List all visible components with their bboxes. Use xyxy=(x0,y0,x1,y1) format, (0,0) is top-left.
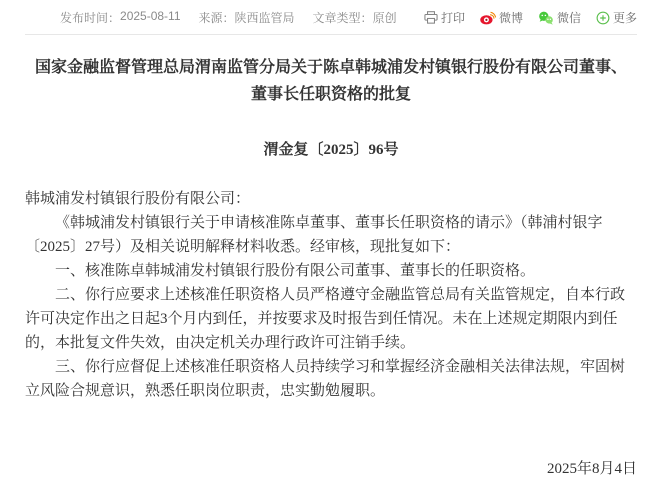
plus-circle-icon xyxy=(596,11,610,25)
paragraph: 一、核准陈卓韩城浦发村镇银行股份有限公司董事、董事长的任职资格。 xyxy=(25,259,637,283)
article-meta-info: 发布时间：2025-08-11 来源：陕西监管局 文章类型：原创 xyxy=(60,9,397,26)
article-type-value: 原创 xyxy=(373,9,397,26)
source-value: 陕西监管局 xyxy=(235,9,295,26)
publish-time-value: 2025-08-11 xyxy=(120,9,181,26)
document-body: 韩城浦发村镇银行股份有限公司： 《韩城浦发村镇银行关于申请核准陈卓董事、董事长任… xyxy=(25,187,637,403)
document-date: 2025年8月4日 xyxy=(25,457,637,478)
source-label: 来源： xyxy=(199,9,235,26)
print-label: 打印 xyxy=(441,9,465,26)
document-number: 渭金复〔2025〕96号 xyxy=(25,138,637,159)
article-type-label: 文章类型： xyxy=(313,9,373,26)
more-share-button[interactable]: 更多 xyxy=(596,9,637,26)
salutation: 韩城浦发村镇银行股份有限公司： xyxy=(25,187,637,211)
article-page: 发布时间：2025-08-11 来源：陕西监管局 文章类型：原创 打印 xyxy=(0,0,650,494)
weibo-share-button[interactable]: 微博 xyxy=(480,9,523,26)
publish-time-label: 发布时间： xyxy=(60,9,120,26)
print-button[interactable]: 打印 xyxy=(424,9,465,26)
printer-icon xyxy=(424,11,438,24)
more-label: 更多 xyxy=(613,9,637,26)
article-title: 国家金融监督管理总局渭南监管分局关于陈卓韩城浦发村镇银行股份有限公司董事、董事长… xyxy=(31,54,631,108)
article-type: 文章类型：原创 xyxy=(313,9,397,26)
weibo-icon xyxy=(480,11,496,25)
article-content: 国家金融监督管理总局渭南监管分局关于陈卓韩城浦发村镇银行股份有限公司董事、董事长… xyxy=(0,54,650,478)
paragraph: 二、你行应要求上述核准任职资格人员严格遵守金融监管总局有关监管规定，自本行政许可… xyxy=(25,283,637,355)
share-toolbar: 打印 微博 xyxy=(424,9,637,26)
paragraph: 《韩城浦发村镇银行关于申请核准陈卓董事、董事长任职资格的请示》（韩浦村银字〔20… xyxy=(25,211,637,259)
source: 来源：陕西监管局 xyxy=(199,9,295,26)
paragraph: 三、你行应督促上述核准任职资格人员持续学习和掌握经济金融相关法律法规，牢固树立风… xyxy=(25,355,637,403)
weibo-label: 微博 xyxy=(499,9,523,26)
wechat-label: 微信 xyxy=(557,9,581,26)
wechat-icon xyxy=(538,11,554,25)
publish-time: 发布时间：2025-08-11 xyxy=(60,9,181,26)
wechat-share-button[interactable]: 微信 xyxy=(538,9,581,26)
article-meta-bar: 发布时间：2025-08-11 来源：陕西监管局 文章类型：原创 打印 xyxy=(25,0,637,35)
